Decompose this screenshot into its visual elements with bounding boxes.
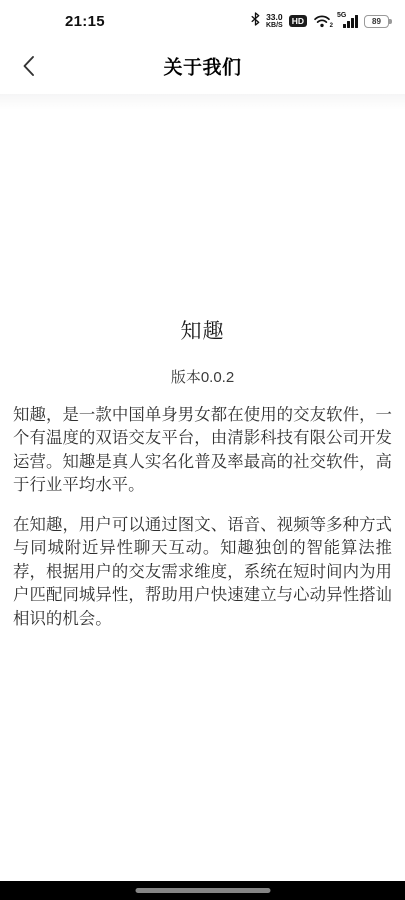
status-bar: 21:15 33.0 KB/S HD 2 5G [0,0,405,38]
about-paragraph: 知趣，是一款中国单身男女都在使用的交友软件，一个有温度的双语交友平台，由清影科技… [13,404,392,498]
cellular-signal-icon: 5G [337,13,358,29]
nav-bar: 关于我们 [0,38,405,94]
back-button[interactable] [13,51,43,81]
network-speed-unit: KB/S [266,22,283,29]
wifi-number-badge: 2 [330,23,333,29]
system-navigation-bar [0,881,405,900]
about-content: 知趣 版本0.0.2 知趣，是一款中国单身男女都在使用的交友软件，一个有温度的双… [0,315,405,631]
nav-bar-shadow [0,94,405,110]
about-paragraph: 在知趣，用户可以通过图文、语音、视频等多种方式与同城附近异性聊天互动。知趣独创的… [13,514,392,631]
app-version: 版本0.0.2 [13,366,392,387]
signal-bars [343,15,358,28]
hd-voice-icon: HD [289,15,307,28]
home-indicator[interactable] [135,888,270,893]
bluetooth-icon [251,12,260,31]
network-speed-value: 33.0 [266,13,283,22]
battery-nub [389,19,392,24]
chevron-left-icon [22,55,35,77]
clock: 21:15 [65,13,105,30]
status-indicators: 33.0 KB/S HD 2 5G 89 [251,12,392,31]
page-title: 关于我们 [163,53,241,80]
network-speed-indicator: 33.0 KB/S [266,13,283,29]
battery-percent: 89 [372,17,381,26]
battery-icon: 89 [364,15,389,28]
app-name: 知趣 [13,315,392,345]
about-screen: 21:15 33.0 KB/S HD 2 5G [0,0,405,900]
wifi-icon: 2 [313,14,331,28]
